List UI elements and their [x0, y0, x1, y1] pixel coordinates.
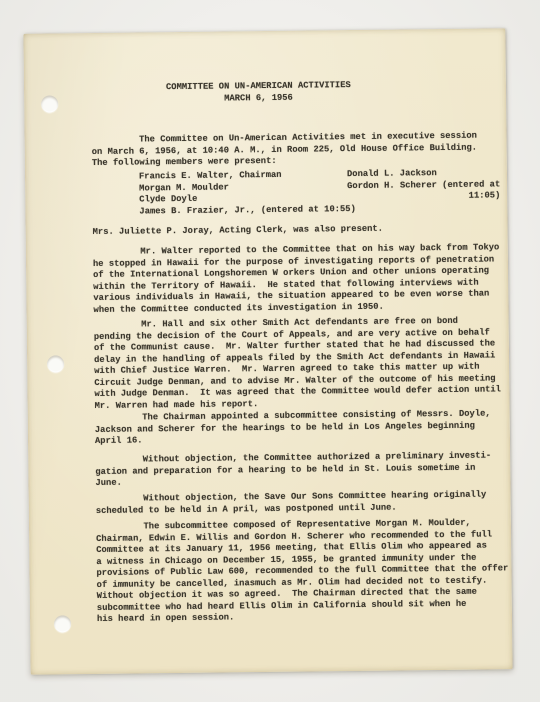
paragraph-save-our-sons: Without objection, the Save Our Sons Com…: [96, 490, 487, 517]
punch-hole-middle: [47, 355, 64, 372]
clerk-note: Mrs. Juliette P. Joray, Acting Clerk, wa…: [93, 224, 383, 239]
punch-hole-top: [41, 95, 58, 112]
attendee-list-right: Donald L. Jackson Gordon H. Scherer (ent…: [347, 167, 500, 203]
paper-sheet: COMMITTEE ON UN-AMERICAN ACTIVITIES MARC…: [23, 28, 512, 674]
intro-paragraph: The Committee on Un-American Activities …: [92, 131, 478, 170]
paragraph-st-louis-hearing: Without objection, the Committee authori…: [95, 450, 491, 489]
paragraph-tokyo-hawaii-report: Mr. Walter reported to the Committee tha…: [93, 242, 500, 316]
attendee-list-left: Francis E. Walter, Chairman Morgan M. Mo…: [139, 169, 356, 217]
document-scan: COMMITTEE ON UN-AMERICAN ACTIVITIES MARC…: [0, 0, 540, 702]
paragraph-smith-act-defendants: Mr. Hall and six other Smith Act defenda…: [94, 315, 502, 412]
punch-hole-bottom: [54, 615, 71, 632]
paragraph-olim-immunity: The subcommittee composed of Representat…: [96, 517, 509, 625]
document-heading: COMMITTEE ON UN-AMERICAN ACTIVITIES MARC…: [166, 80, 351, 105]
paragraph-los-angeles-hearings: The Chairman appointed a subcommittee co…: [95, 408, 491, 447]
